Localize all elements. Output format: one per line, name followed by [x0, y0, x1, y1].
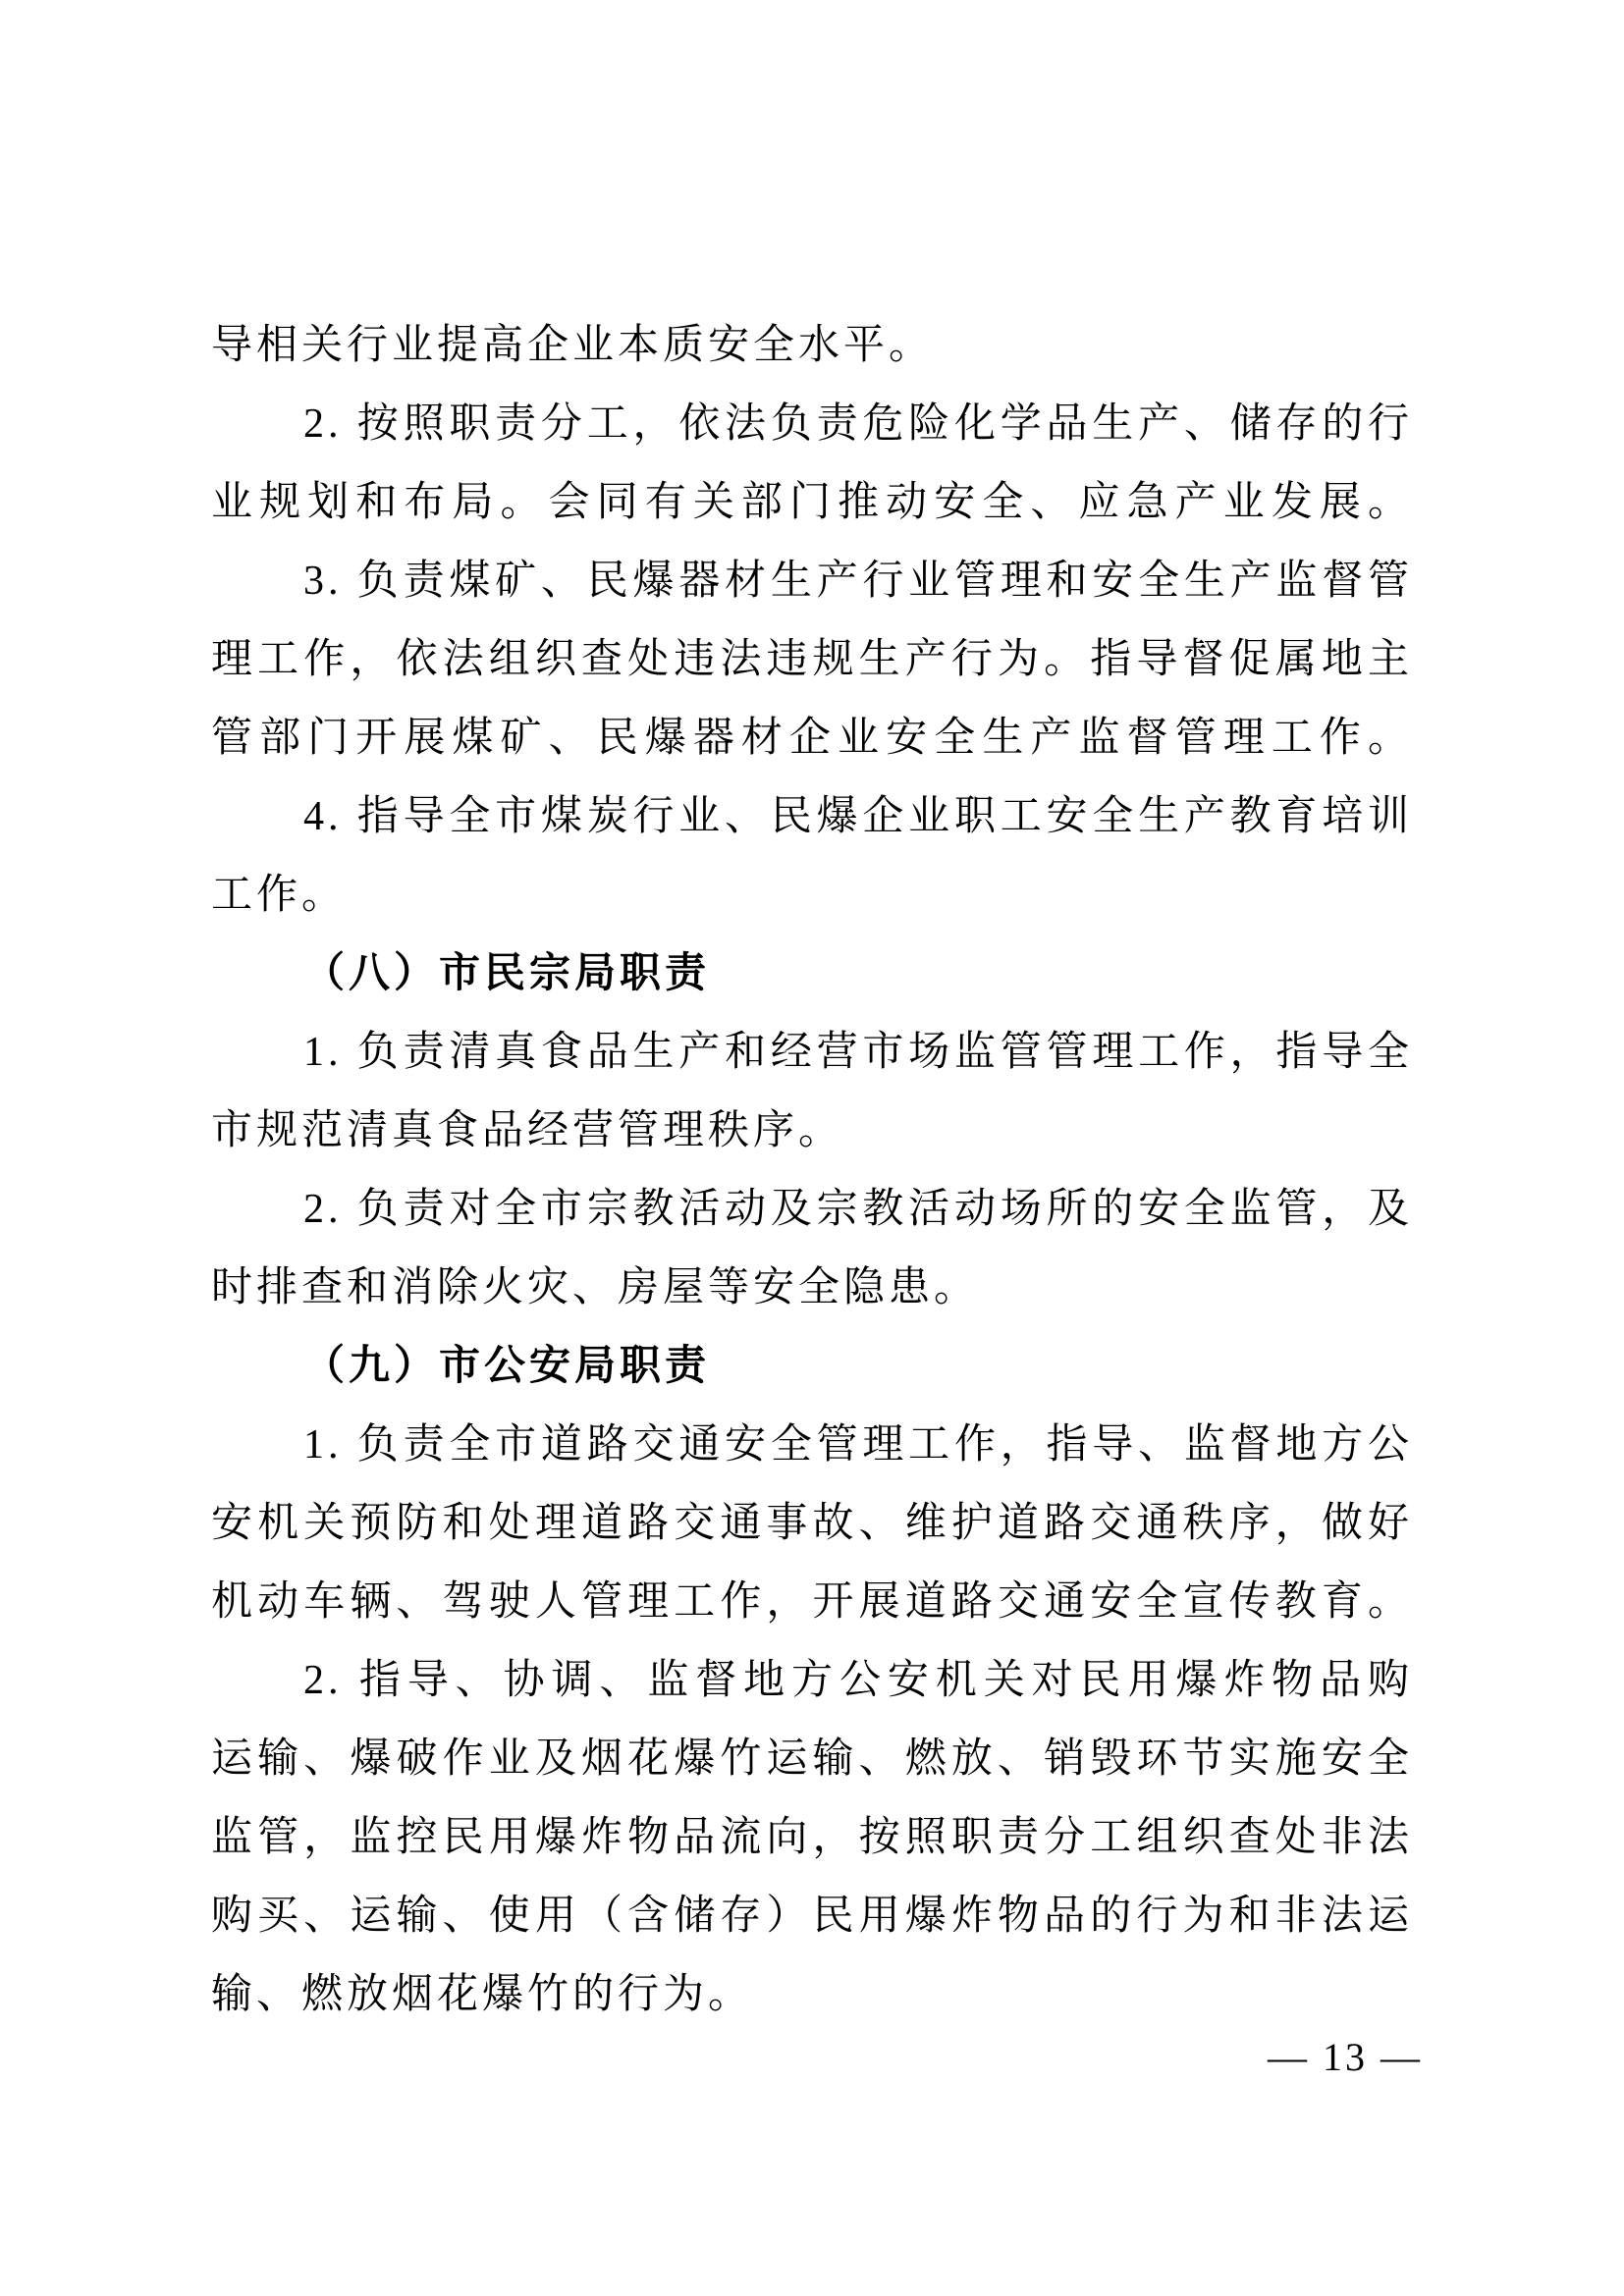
text-line-content: 导相关行业提高企业本质安全水平。	[211, 323, 934, 368]
text-line: 理工作，依法组织查处违法违规生产行为。指导督促属地主	[211, 620, 1413, 699]
text-line: 运输、爆破作业及烟花爆竹运输、燃放、销毁环节实施安全	[211, 1720, 1413, 1798]
text-line-content: 1. 负责全市道路交通安全管理工作，指导、监督地方公	[303, 1422, 1413, 1468]
text-line-content: 2. 负责对全市宗教活动及宗教活动场所的安全监管，及	[303, 1187, 1413, 1232]
text-line: 市规范清真食品经营管理秩序。	[211, 1092, 1413, 1170]
text-line: 2. 负责对全市宗教活动及宗教活动场所的安全监管，及	[211, 1170, 1413, 1249]
text-line-content: 4. 指导全市煤炭行业、民爆企业职工安全生产教育培训	[303, 794, 1413, 839]
page-number: — 13 —	[1268, 2034, 1423, 2081]
document-body: 导相关行业提高企业本质安全水平。 2. 按照职责分工，依法负责危险化学品生产、储…	[211, 306, 1413, 2034]
text-line-content: 业规划和布局。会同有关部门推动安全、应急产业发展。	[211, 480, 1413, 525]
text-line-content: 2. 按照职责分工，依法负责危险化学品生产、储存的行	[303, 401, 1413, 447]
text-line: 输、燃放烟花爆竹的行为。	[211, 1955, 1413, 2034]
text-line-content: 运输、爆破作业及烟花爆竹运输、燃放、销毁环节实施安全	[211, 1736, 1413, 1782]
text-line: 4. 指导全市煤炭行业、民爆企业职工安全生产教育培训	[211, 777, 1413, 856]
text-line-content: （八）市民宗局职责	[303, 951, 710, 996]
text-line: 2. 指导、协调、监督地方公安机关对民用爆炸物品购买、	[211, 1641, 1413, 1720]
text-line: 监管，监控民用爆炸物品流向，按照职责分工组织查处非法	[211, 1798, 1413, 1877]
text-line-content: （九）市公安局职责	[303, 1344, 710, 1389]
text-line-content: 安机关预防和处理道路交通事故、维护道路交通秩序，做好	[211, 1501, 1413, 1546]
text-line-content: 1. 负责清真食品生产和经营市场监管管理工作，指导全	[303, 1030, 1413, 1075]
text-line-content: 市规范清真食品经营管理秩序。	[211, 1108, 843, 1153]
text-line: 3. 负责煤矿、民爆器材生产行业管理和安全生产监督管	[211, 542, 1413, 620]
text-line-content: 机动车辆、驾驶人管理工作，开展道路交通安全宣传教育。	[211, 1579, 1413, 1625]
text-line: 导相关行业提高企业本质安全水平。	[211, 306, 1413, 385]
text-line: （八）市民宗局职责	[211, 934, 1413, 1013]
text-line: 机动车辆、驾驶人管理工作，开展道路交通安全宣传教育。	[211, 1563, 1413, 1641]
text-line: 1. 负责清真食品生产和经营市场监管管理工作，指导全	[211, 1013, 1413, 1092]
text-line: 业规划和布局。会同有关部门推动安全、应急产业发展。	[211, 463, 1413, 542]
text-line-content: 管部门开展煤矿、民爆器材企业安全生产监督管理工作。	[211, 716, 1413, 761]
text-line-content: 时排查和消除火灾、房屋等安全隐患。	[211, 1265, 979, 1310]
text-line-content: 3. 负责煤矿、民爆器材生产行业管理和安全生产监督管	[303, 559, 1413, 604]
text-line: 时排查和消除火灾、房屋等安全隐患。	[211, 1249, 1413, 1327]
text-line-content: 输、燃放烟花爆竹的行为。	[211, 1972, 753, 2017]
text-line: 购买、运输、使用（含储存）民用爆炸物品的行为和非法运	[211, 1877, 1413, 1955]
text-line-content: 理工作，依法组织查处违法违规生产行为。指导督促属地主	[211, 637, 1413, 682]
text-line: 管部门开展煤矿、民爆器材企业安全生产监督管理工作。	[211, 699, 1413, 777]
text-line-content: 工作。	[211, 873, 347, 918]
text-line-content: 2. 指导、协调、监督地方公安机关对民用爆炸物品购买、	[303, 1658, 1413, 1720]
text-line: 工作。	[211, 856, 1413, 934]
text-line-content: 监管，监控民用爆炸物品流向，按照职责分工组织查处非法	[211, 1815, 1413, 1860]
text-line: 2. 按照职责分工，依法负责危险化学品生产、储存的行	[211, 385, 1413, 463]
text-line: 安机关预防和处理道路交通事故、维护道路交通秩序，做好	[211, 1484, 1413, 1563]
document-page: 导相关行业提高企业本质安全水平。 2. 按照职责分工，依法负责危险化学品生产、储…	[0, 0, 1624, 2296]
text-line-content: 购买、运输、使用（含储存）民用爆炸物品的行为和非法运	[211, 1894, 1413, 1939]
text-line: （九）市公安局职责	[211, 1327, 1413, 1406]
text-line: 1. 负责全市道路交通安全管理工作，指导、监督地方公	[211, 1406, 1413, 1484]
